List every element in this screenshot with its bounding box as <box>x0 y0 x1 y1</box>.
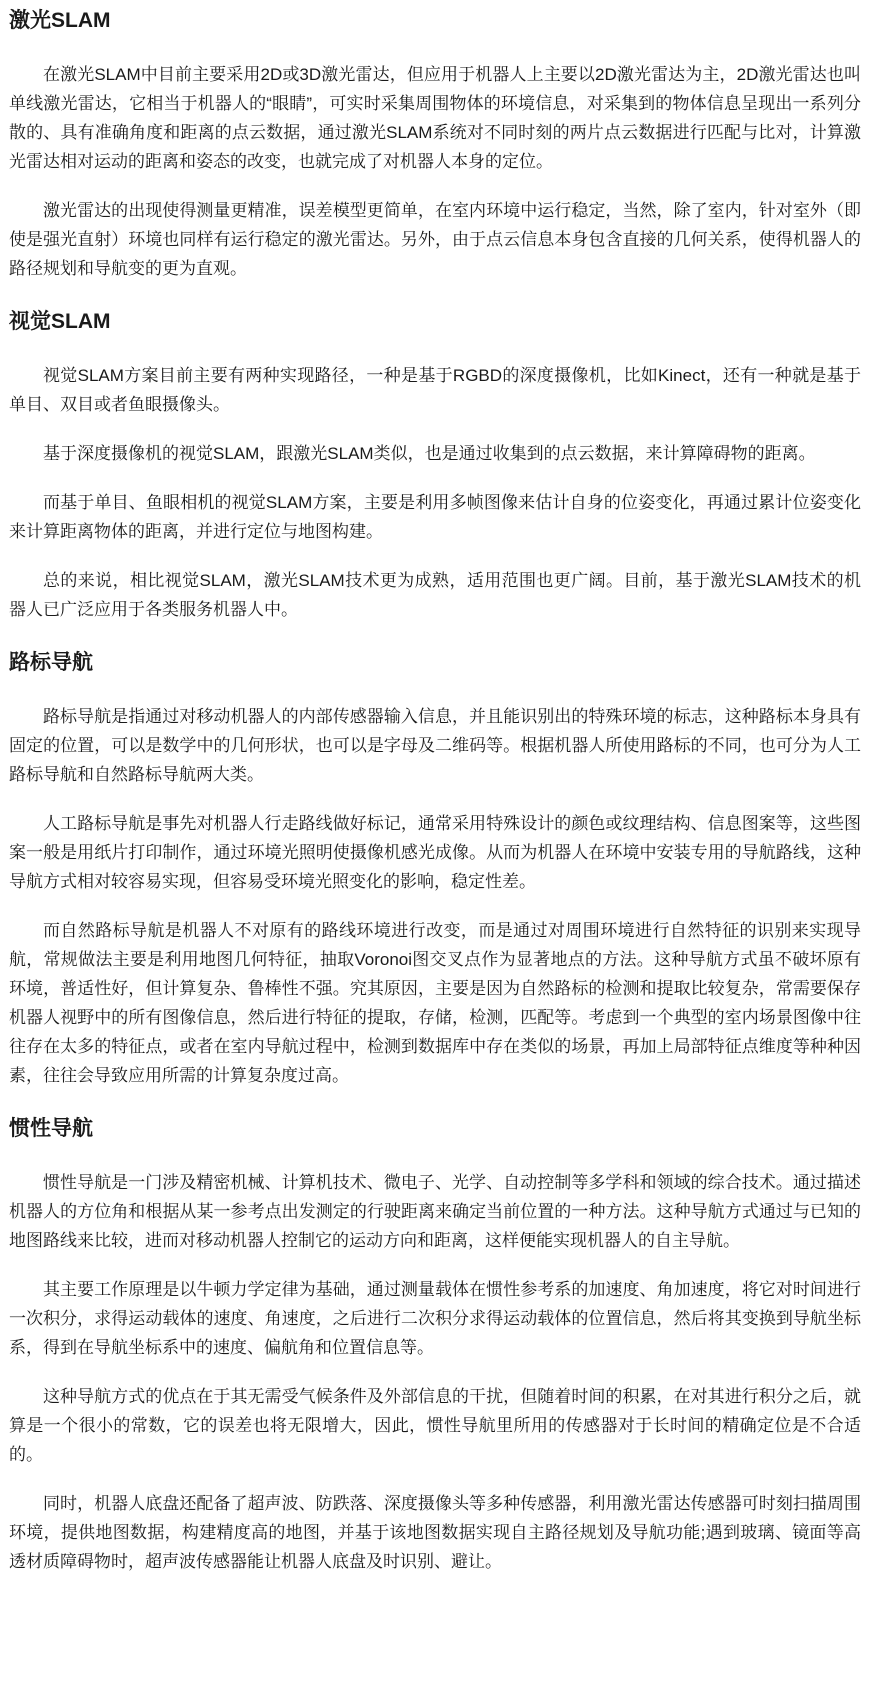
section-heading-laser-slam: 激光SLAM <box>9 8 861 34</box>
section-inertial-navigation: 惯性导航 惯性导航是一门涉及精密机械、计算机技术、微电子、光学、自动控制等多学科… <box>9 1116 861 1576</box>
paragraph: 视觉SLAM方案目前主要有两种实现路径，一种是基于RGBD的深度摄像机，比如Ki… <box>9 361 861 419</box>
paragraph: 人工路标导航是事先对机器人行走路线做好标记，通常采用特殊设计的颜色或纹理结构、信… <box>9 809 861 896</box>
paragraph: 激光雷达的出现使得测量更精准，误差模型更简单，在室内环境中运行稳定，当然，除了室… <box>9 196 861 283</box>
paragraph: 基于深度摄像机的视觉SLAM，跟激光SLAM类似，也是通过收集到的点云数据，来计… <box>9 439 861 468</box>
paragraph: 其主要工作原理是以牛顿力学定律为基础，通过测量载体在惯性参考系的加速度、角加速度… <box>9 1275 861 1362</box>
section-heading-visual-slam: 视觉SLAM <box>9 309 861 335</box>
section-heading-landmark-navigation: 路标导航 <box>9 650 861 676</box>
paragraph: 路标导航是指通过对移动机器人的内部传感器输入信息，并且能识别出的特殊环境的标志，… <box>9 702 861 789</box>
paragraph: 同时，机器人底盘还配备了超声波、防跌落、深度摄像头等多种传感器，利用激光雷达传感… <box>9 1489 861 1576</box>
section-heading-inertial-navigation: 惯性导航 <box>9 1116 861 1142</box>
paragraph: 在激光SLAM中目前主要采用2D或3D激光雷达，但应用于机器人上主要以2D激光雷… <box>9 60 861 176</box>
paragraph: 而基于单目、鱼眼相机的视觉SLAM方案，主要是利用多帧图像来估计自身的位姿变化，… <box>9 488 861 546</box>
section-laser-slam: 激光SLAM 在激光SLAM中目前主要采用2D或3D激光雷达，但应用于机器人上主… <box>9 8 861 283</box>
paragraph: 这种导航方式的优点在于其无需受气候条件及外部信息的干扰，但随着时间的积累，在对其… <box>9 1382 861 1469</box>
article: 激光SLAM 在激光SLAM中目前主要采用2D或3D激光雷达，但应用于机器人上主… <box>9 8 861 1576</box>
paragraph: 总的来说，相比视觉SLAM，激光SLAM技术更为成熟，适用范围也更广阔。目前，基… <box>9 566 861 624</box>
section-landmark-navigation: 路标导航 路标导航是指通过对移动机器人的内部传感器输入信息，并且能识别出的特殊环… <box>9 650 861 1090</box>
paragraph: 而自然路标导航是机器人不对原有的路线环境进行改变，而是通过对周围环境进行自然特征… <box>9 916 861 1090</box>
paragraph: 惯性导航是一门涉及精密机械、计算机技术、微电子、光学、自动控制等多学科和领域的综… <box>9 1168 861 1255</box>
section-visual-slam: 视觉SLAM 视觉SLAM方案目前主要有两种实现路径，一种是基于RGBD的深度摄… <box>9 309 861 624</box>
